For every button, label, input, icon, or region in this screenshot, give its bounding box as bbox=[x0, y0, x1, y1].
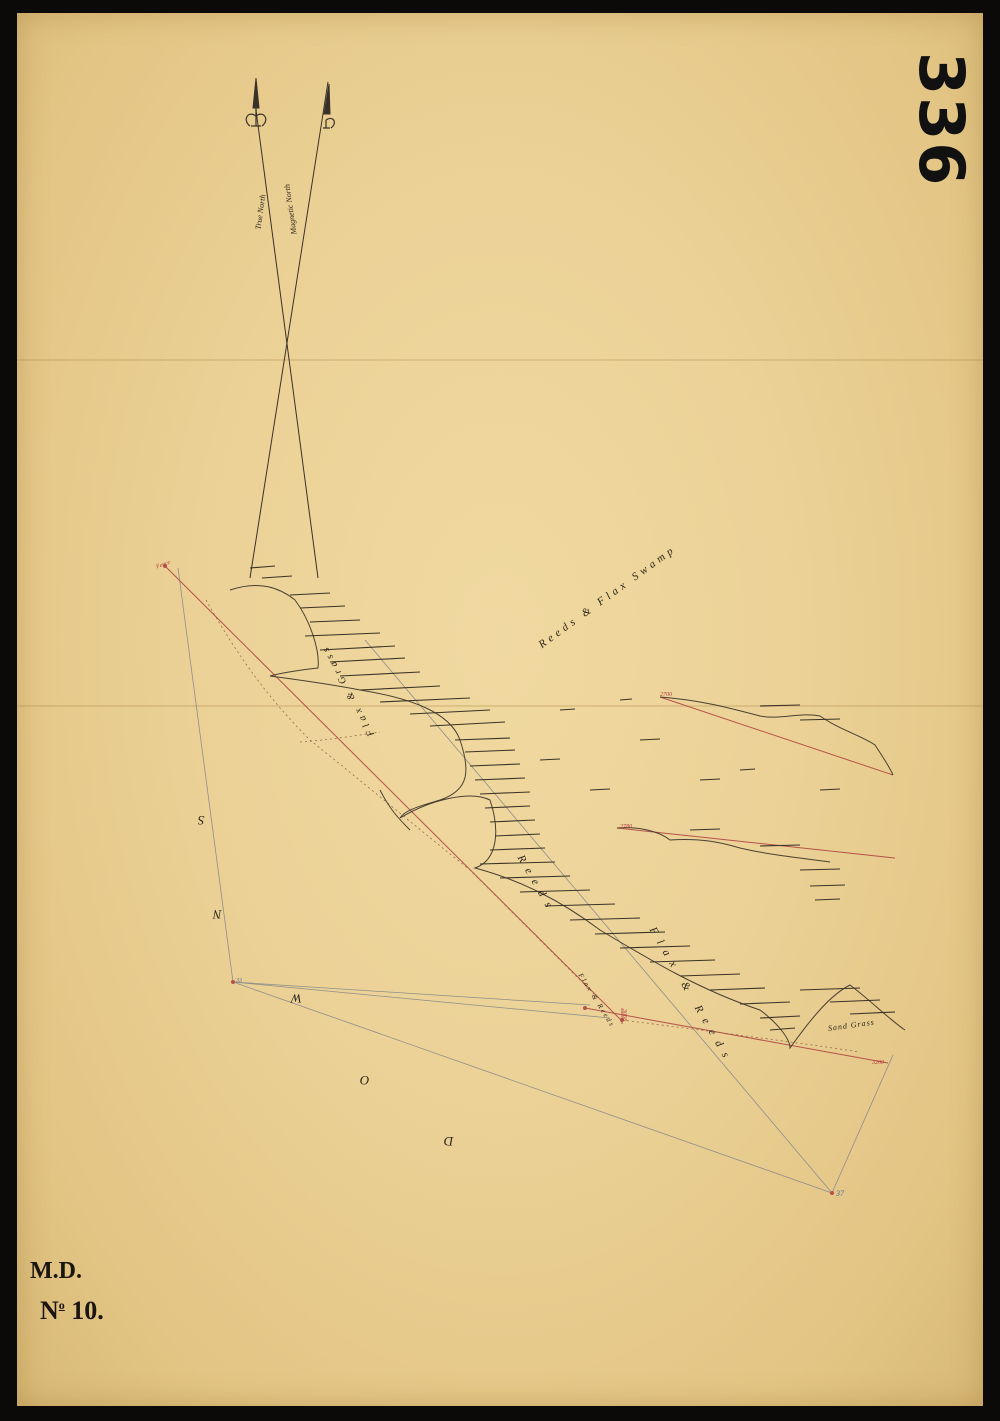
plan-number-value: 10. bbox=[71, 1296, 104, 1325]
district-code: M.D. bbox=[30, 1258, 82, 1285]
station-label: 2780 bbox=[620, 824, 632, 830]
plan-number: No 10. bbox=[40, 1296, 104, 1326]
station-label: 2700 bbox=[660, 692, 672, 698]
boundary-letter: N bbox=[213, 906, 222, 922]
station-label: 3200 bbox=[872, 1060, 884, 1066]
true-north-arrow-icon bbox=[246, 78, 318, 578]
boundary-letter: O bbox=[360, 1072, 369, 1088]
boundary-letter: W bbox=[291, 990, 302, 1006]
dotted-tracks bbox=[206, 600, 860, 1052]
plan-number-sup: o bbox=[59, 1298, 65, 1312]
sheet-number: 336 bbox=[905, 52, 978, 187]
survey-pegs bbox=[163, 564, 834, 1195]
survey-drawing bbox=[0, 0, 1000, 1421]
plan-number-prefix: N bbox=[40, 1296, 59, 1325]
station-label: 37 bbox=[836, 1189, 844, 1198]
station-label: 3068 bbox=[621, 1009, 627, 1021]
boundary-letter: D bbox=[444, 1133, 453, 1149]
boundary-letter: S bbox=[198, 812, 205, 828]
station-label: 33 bbox=[236, 978, 242, 984]
magnetic-north-arrow-icon bbox=[250, 82, 334, 578]
traverse-lines bbox=[165, 566, 895, 1063]
marsh-hatching bbox=[250, 566, 895, 1030]
